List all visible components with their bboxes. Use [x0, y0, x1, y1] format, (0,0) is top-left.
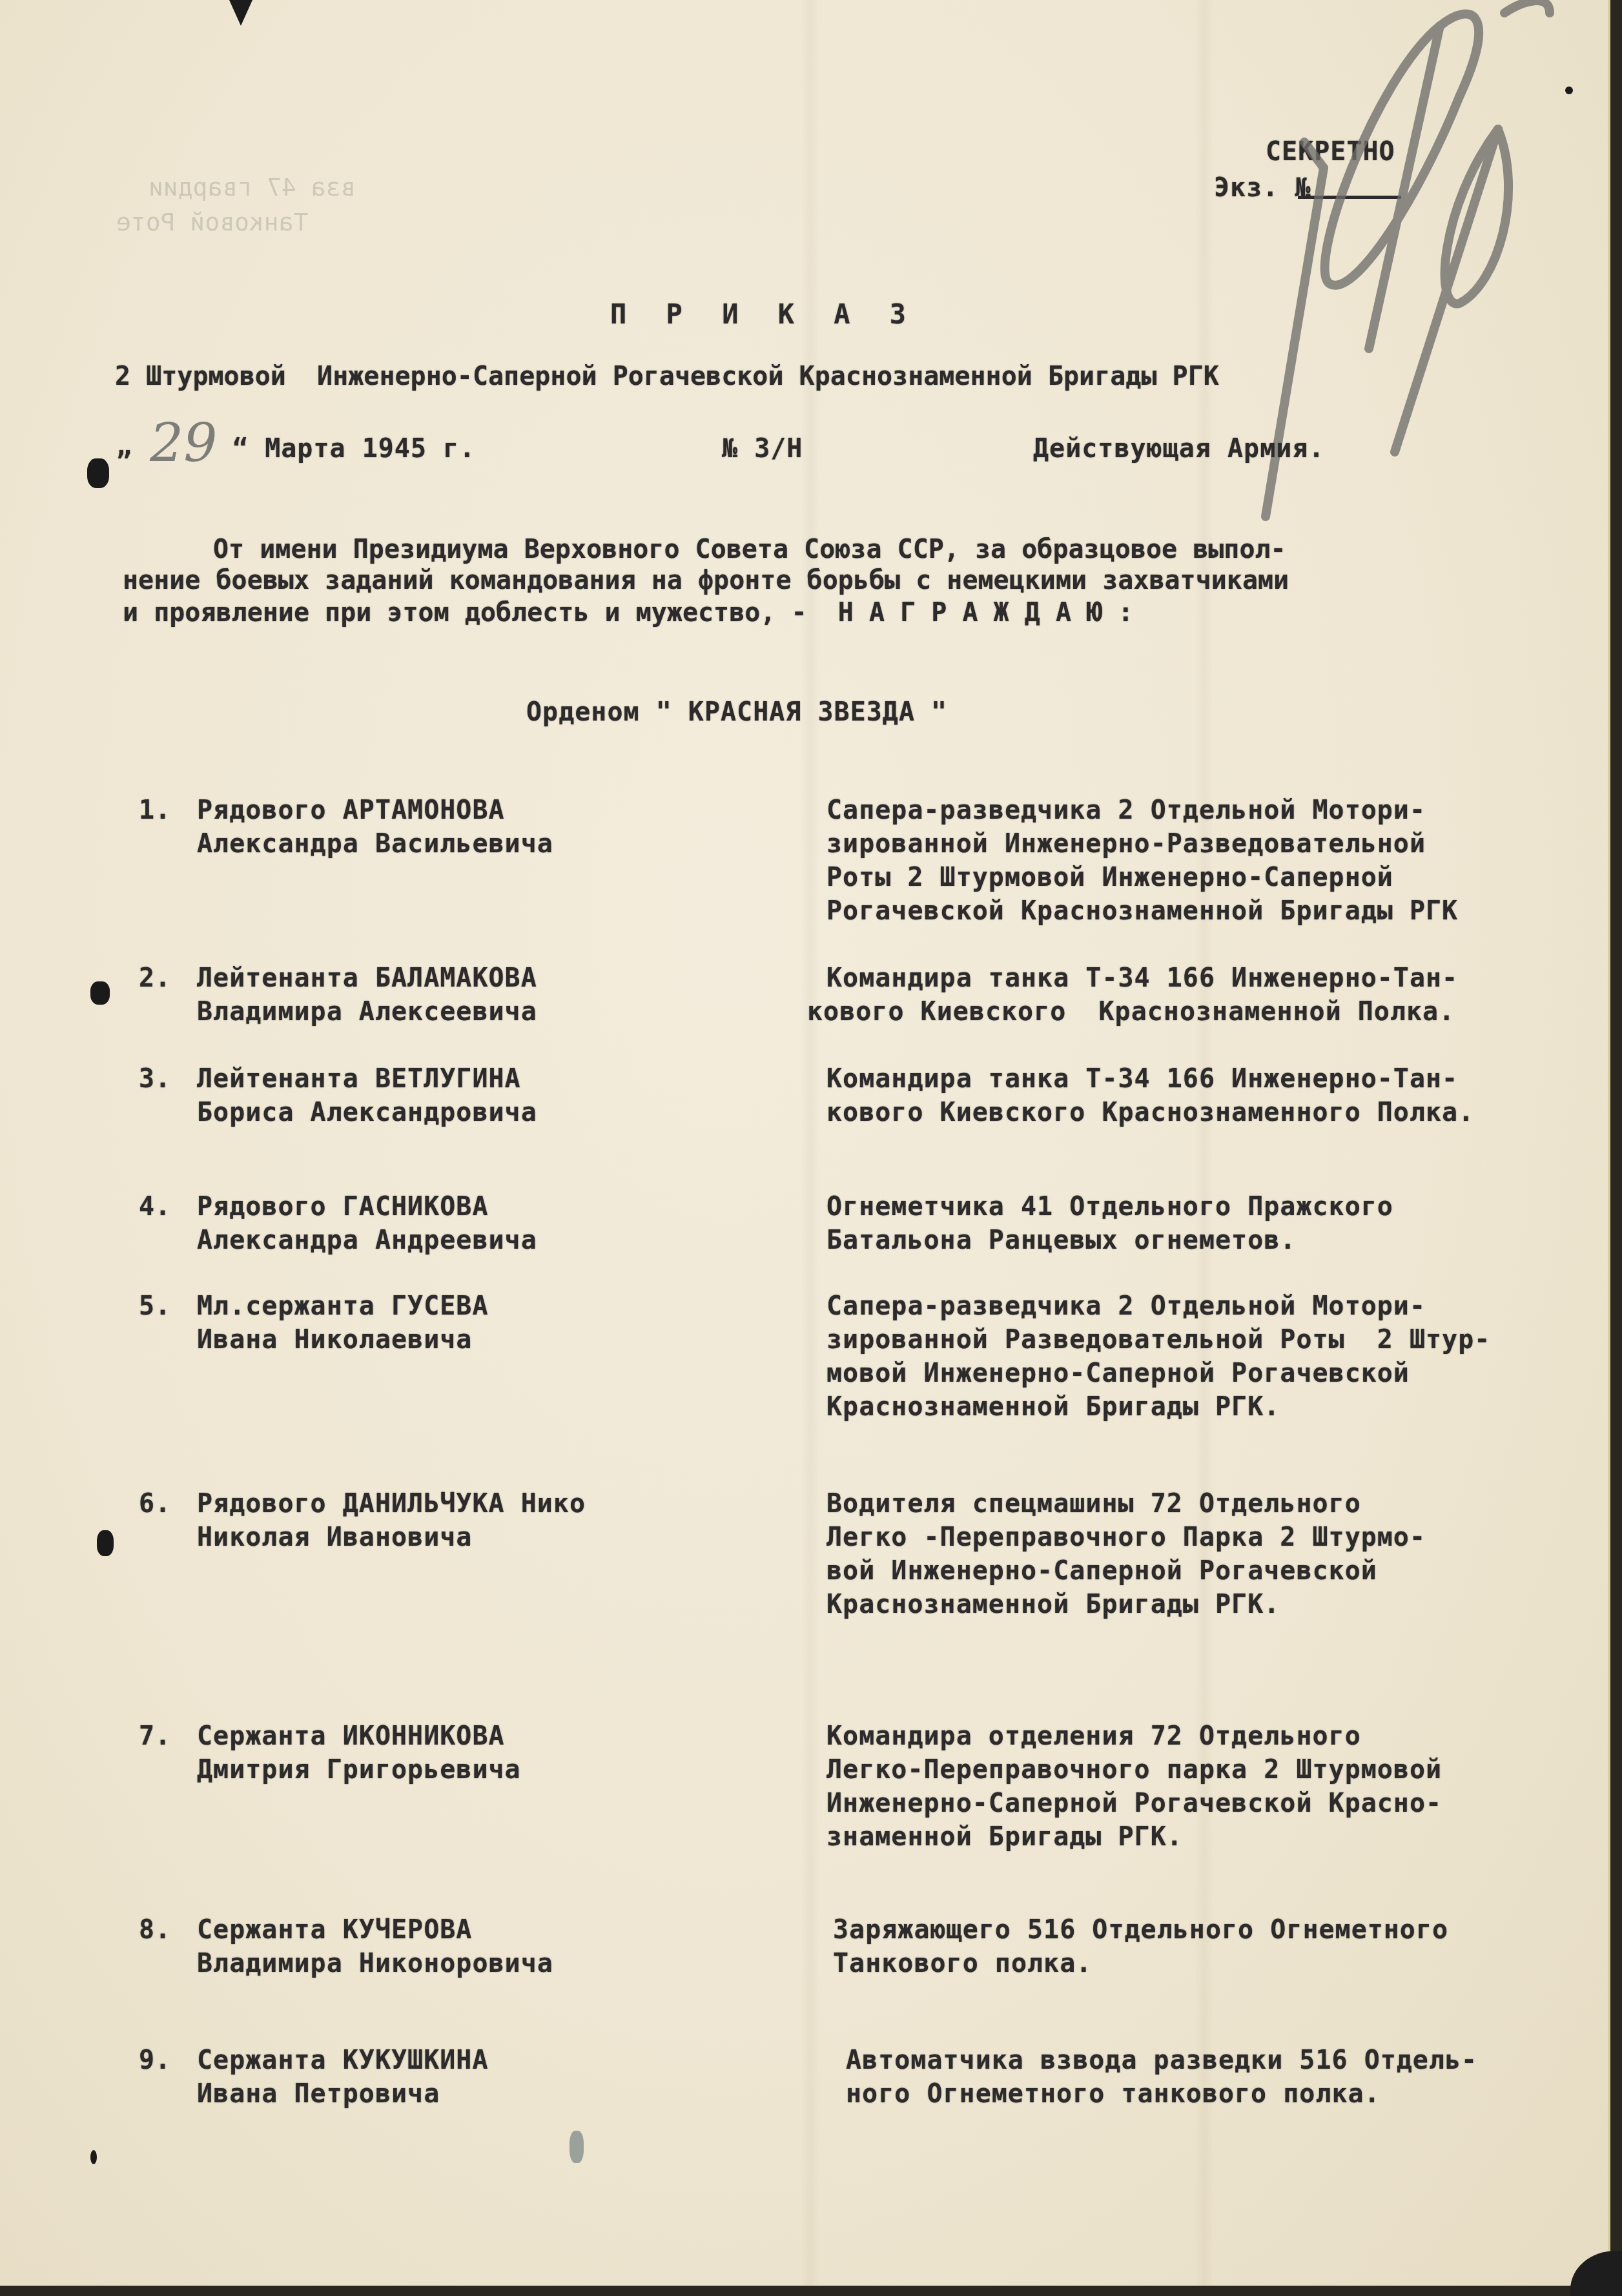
awardee-position-line: Легко-Переправочного парка 2 Штурмовой: [826, 1755, 1442, 1785]
preamble-line: нение боевых заданий командования на фро…: [123, 566, 1289, 595]
awardee-position-line: Автоматчика взвода разведки 516 Отдель-: [846, 2045, 1477, 2075]
awardee-rank-surname: Рядового ГАСНИКОВА: [197, 1192, 488, 1222]
awardee-position-line: Сапера-разведчика 2 Отдельной Мотори-: [826, 1291, 1426, 1321]
award-heading: Орденом " КРАСНАЯ ЗВЕЗДА ": [526, 697, 947, 727]
awardee-rank-surname: Рядового АРТАМОНОВА: [197, 795, 505, 825]
awardee-position-line: Заряжающего 516 Отдельного Огнеметного: [833, 1915, 1448, 1945]
paper-crease: [801, 0, 820, 2286]
awardee-position-line: Командира отделения 72 Отдельного: [826, 1721, 1361, 1751]
location: Действующая Армия.: [1033, 434, 1324, 464]
entry-number: 6.: [139, 1489, 171, 1519]
awardee-given-names: Бориса Александровича: [197, 1098, 537, 1127]
entry-number: 9.: [139, 2045, 171, 2075]
awardee-position-line: зированной Инженерно-Разведовательной: [826, 829, 1426, 859]
bleed-through-text: вза 47 гвардии: [149, 173, 355, 201]
date-open-quote: „: [116, 431, 132, 461]
preamble-line: От имени Президиума Верховного Совета Со…: [213, 535, 1286, 564]
awardee-rank-surname: Сержанта ИКОННИКОВА: [197, 1721, 505, 1751]
awardee-position-line: зированной Разведовательной Роты 2 Штур-: [826, 1325, 1490, 1355]
punch-hole-mark: [90, 981, 110, 1005]
awardee-position-line: Водителя спецмашины 72 Отдельного: [826, 1489, 1361, 1519]
awardee-position-line: Танкового полка.: [833, 1949, 1092, 1978]
awardee-given-names: Александра Васильевича: [197, 829, 553, 859]
svg-text:106: 106: [1343, 253, 1355, 260]
awardee-position-line: вой Инженерно-Саперной Рогачевской: [826, 1556, 1377, 1586]
awardee-rank-surname: Сержанта КУКУШКИНА: [197, 2045, 488, 2075]
entry-number: 7.: [139, 1721, 171, 1751]
awardee-given-names: Дмитрия Григорьевича: [197, 1755, 521, 1785]
punch-hole-mark: [97, 1530, 114, 1556]
awardee-position-line: мовой Инженерно-Саперной Рогачевской: [826, 1358, 1410, 1388]
awardee-position-line: Краснознаменной Бригады РГК.: [826, 1392, 1280, 1422]
order-title: П Р И К А З: [610, 298, 918, 330]
order-number: № 3/Н: [722, 434, 803, 464]
awardee-position-line: Роты 2 Штурмовой Инженерно-Саперной: [826, 863, 1393, 892]
entry-number: 5.: [139, 1291, 171, 1321]
awardee-position-line: Огнеметчика 41 Отдельного Пражского: [826, 1192, 1393, 1222]
awardee-given-names: Владимира Никоноровича: [197, 1949, 553, 1978]
awardee-rank-surname: Лейтенанта БАЛАМАКОВА: [197, 963, 537, 993]
torn-corner-top: [229, 0, 252, 26]
entry-number: 3.: [139, 1064, 171, 1094]
awardee-given-names: Николая Ивановича: [197, 1522, 472, 1552]
awardee-position-line: ного Огнеметного танкового полка.: [846, 2079, 1381, 2109]
handwritten-date-day: 29: [150, 413, 217, 475]
awardee-position-line: Инженерно-Саперной Рогачевской Красно-: [826, 1789, 1442, 1818]
awardee-position-line: знаменной Бригады РГК.: [826, 1822, 1183, 1852]
awardee-position-line: Краснознаменной Бригады РГК.: [826, 1590, 1280, 1619]
document-page: вза 47 гвардии Танковой Роте СЕКРЕТНО Эк…: [0, 0, 1610, 2286]
awardee-rank-surname: Рядового ДАНИЛЬЧУКА Нико: [197, 1489, 586, 1519]
preamble-line: и проявление при этом доблесть и мужеств…: [123, 598, 1133, 628]
awardee-given-names: Ивана Николаевича: [197, 1325, 472, 1355]
entry-number: 1.: [139, 795, 171, 825]
date-text: “ Марта 1945 г.: [232, 434, 475, 464]
entry-number: 8.: [139, 1915, 171, 1945]
stain-mark: [570, 2131, 584, 2163]
awardee-rank-surname: Мл.сержанта ГУСЕВА: [197, 1291, 488, 1321]
awardee-position-line: Легко -Переправочного Парка 2 Штурмо-: [826, 1522, 1426, 1552]
punch-hole-mark: [87, 458, 109, 488]
awardee-rank-surname: Лейтенанта ВЕТЛУГИНА: [197, 1064, 521, 1094]
awardee-rank-surname: Сержанта КУЧЕРОВА: [197, 1915, 472, 1945]
awardee-given-names: Александра Андреевича: [197, 1225, 537, 1255]
awardee-position-line: кового Киевского Краснознаменной Полка.: [807, 997, 1455, 1027]
awardee-given-names: Владимира Алексеевича: [197, 997, 537, 1027]
entry-number: 2.: [139, 963, 171, 993]
bleed-through-text: Танковой Роте: [116, 208, 308, 236]
awardee-position-line: Командира танка Т-34 166 Инженерно-Тан-: [826, 963, 1458, 993]
unit-name: 2 Штурмовой Инженерно-Саперной Рогачевск…: [115, 362, 1219, 391]
awardee-position-line: Батальона Ранцевых огнеметов.: [826, 1225, 1296, 1255]
awardee-position-line: Сапера-разведчика 2 Отдельной Мотори-: [826, 795, 1426, 825]
awardee-position-line: кового Киевского Краснознаменного Полка.: [826, 1098, 1474, 1127]
awardee-position-line: Рогачевской Краснознаменной Бригады РГК: [826, 896, 1458, 926]
awardee-position-line: Командира танка Т-34 166 Инженерно-Тан-: [826, 1064, 1458, 1094]
ink-spot: [1565, 87, 1573, 94]
entry-number: 4.: [139, 1192, 171, 1222]
ink-spot: [90, 2150, 97, 2164]
awardee-given-names: Ивана Петровича: [197, 2079, 440, 2109]
